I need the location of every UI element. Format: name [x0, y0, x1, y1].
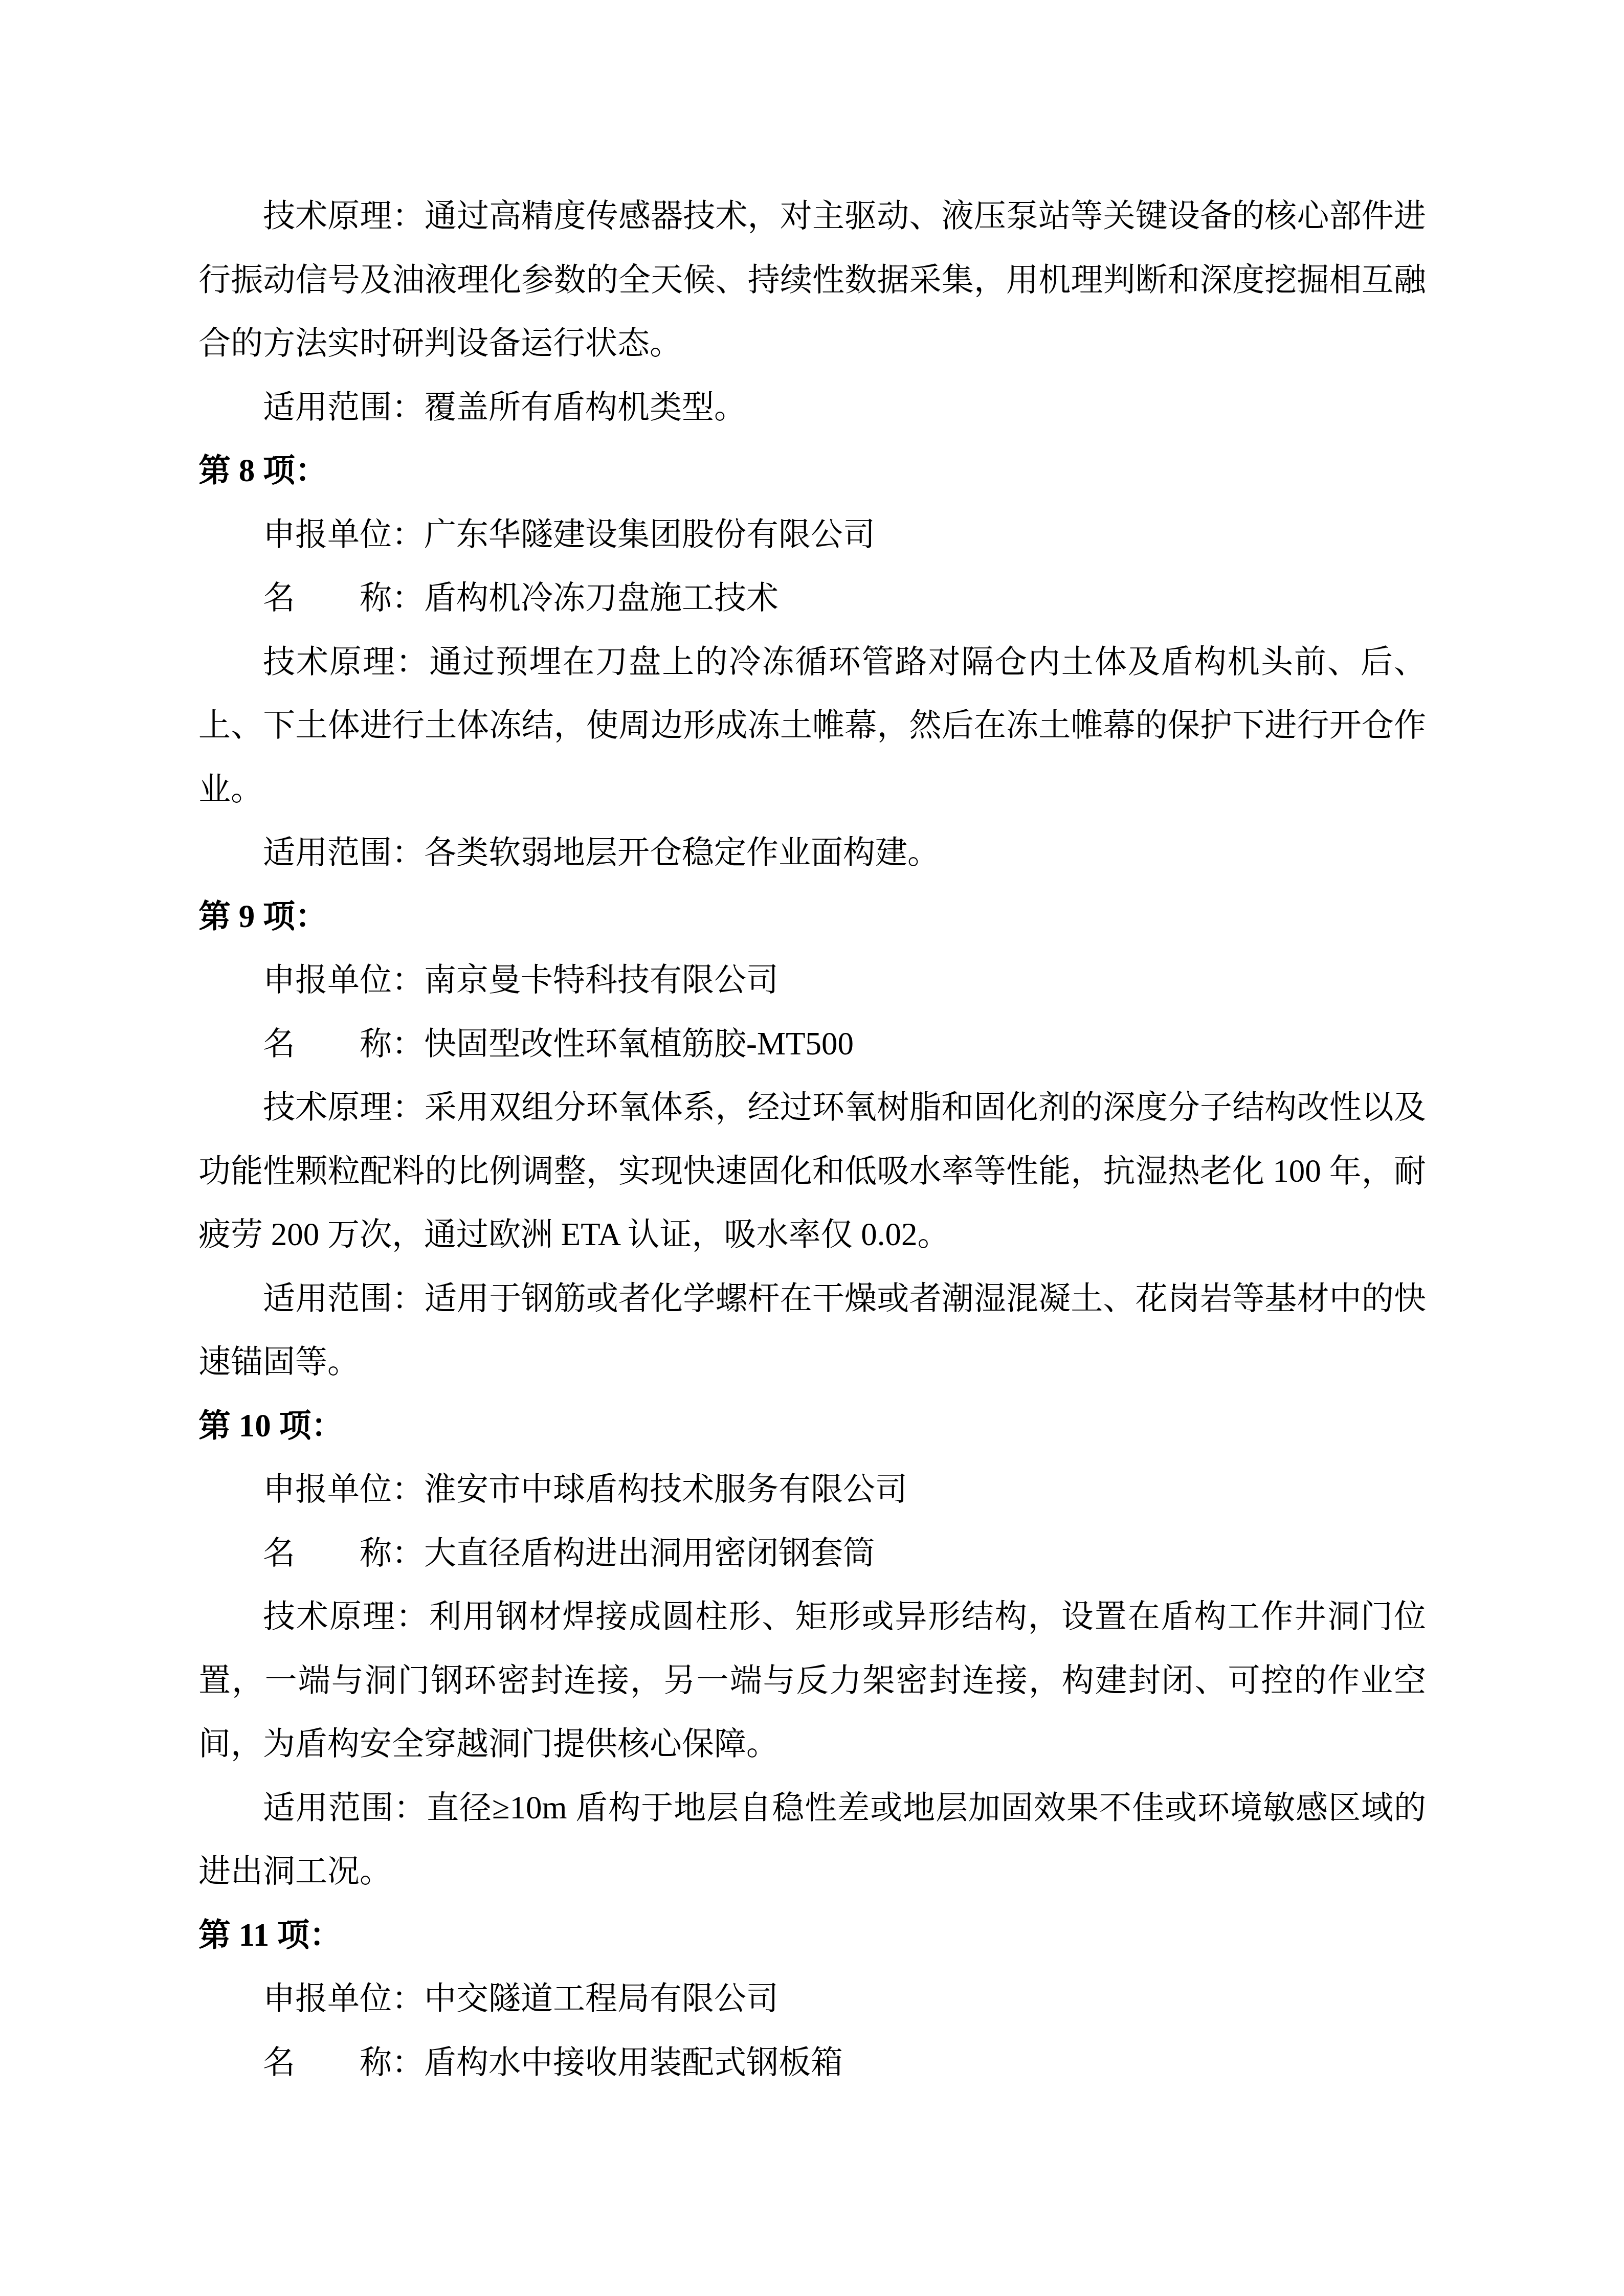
- item-10-heading: 第 10 项：: [198, 1394, 1426, 1458]
- item-10-principle-paragraph: 技术原理：利用钢材焊接成圆柱形、矩形或异形结构，设置在盾构工作井洞门位置，一端与…: [198, 1585, 1426, 1776]
- item-10-applicant-paragraph: 申报单位：淮安市中球盾构技术服务有限公司: [198, 1457, 1426, 1521]
- item-8-applicant-paragraph: 申报单位：广东华隧建设集团股份有限公司: [198, 503, 1426, 567]
- item-9-heading: 第 9 项：: [198, 885, 1426, 949]
- document-page: 技术原理：通过高精度传感器技术，对主驱动、液压泵站等关键设备的核心部件进行振动信…: [0, 0, 1624, 2296]
- item-9-section: 第 9 项： 申报单位：南京曼卡特科技有限公司 名 称：快固型改性环氧植筋胶-M…: [198, 885, 1426, 1394]
- item-8-scope-paragraph: 适用范围：各类软弱地层开仓稳定作业面构建。: [198, 821, 1426, 885]
- continued-item-principle-paragraph: 技术原理：通过高精度传感器技术，对主驱动、液压泵站等关键设备的核心部件进行振动信…: [198, 184, 1426, 375]
- item-8-principle-paragraph: 技术原理：通过预埋在刀盘上的冷冻循环管路对隔仓内土体及盾构机头前、后、上、下土体…: [198, 630, 1426, 821]
- item-9-applicant-paragraph: 申报单位：南京曼卡特科技有限公司: [198, 948, 1426, 1012]
- item-9-scope-paragraph: 适用范围：适用于钢筋或者化学螺杆在干燥或者潮湿混凝土、花岗岩等基材中的快速锚固等…: [198, 1267, 1426, 1394]
- item-8-section: 第 8 项： 申报单位：广东华隧建设集团股份有限公司 名 称：盾构机冷冻刀盘施工…: [198, 439, 1426, 885]
- item-8-heading: 第 8 项：: [198, 439, 1426, 503]
- item-11-name-paragraph: 名 称：盾构水中接收用装配式钢板箱: [198, 2031, 1426, 2095]
- item-11-section: 第 11 项： 申报单位：中交隧道工程局有限公司 名 称：盾构水中接收用装配式钢…: [198, 1903, 1426, 2095]
- item-11-applicant-paragraph: 申报单位：中交隧道工程局有限公司: [198, 1967, 1426, 2031]
- item-10-section: 第 10 项： 申报单位：淮安市中球盾构技术服务有限公司 名 称：大直径盾构进出…: [198, 1394, 1426, 1903]
- item-11-heading: 第 11 项：: [198, 1903, 1426, 1967]
- item-9-principle-paragraph: 技术原理：采用双组分环氧体系，经过环氧树脂和固化剂的深度分子结构改性以及功能性颗…: [198, 1075, 1426, 1267]
- item-10-name-paragraph: 名 称：大直径盾构进出洞用密闭钢套筒: [198, 1521, 1426, 1585]
- item-8-name-paragraph: 名 称：盾构机冷冻刀盘施工技术: [198, 566, 1426, 630]
- continued-item-scope-paragraph: 适用范围：覆盖所有盾构机类型。: [198, 375, 1426, 439]
- item-9-name-paragraph: 名 称：快固型改性环氧植筋胶-MT500: [198, 1012, 1426, 1076]
- item-10-scope-paragraph: 适用范围：直径≥10m 盾构于地层自稳性差或地层加固效果不佳或环境敏感区域的进出…: [198, 1776, 1426, 1903]
